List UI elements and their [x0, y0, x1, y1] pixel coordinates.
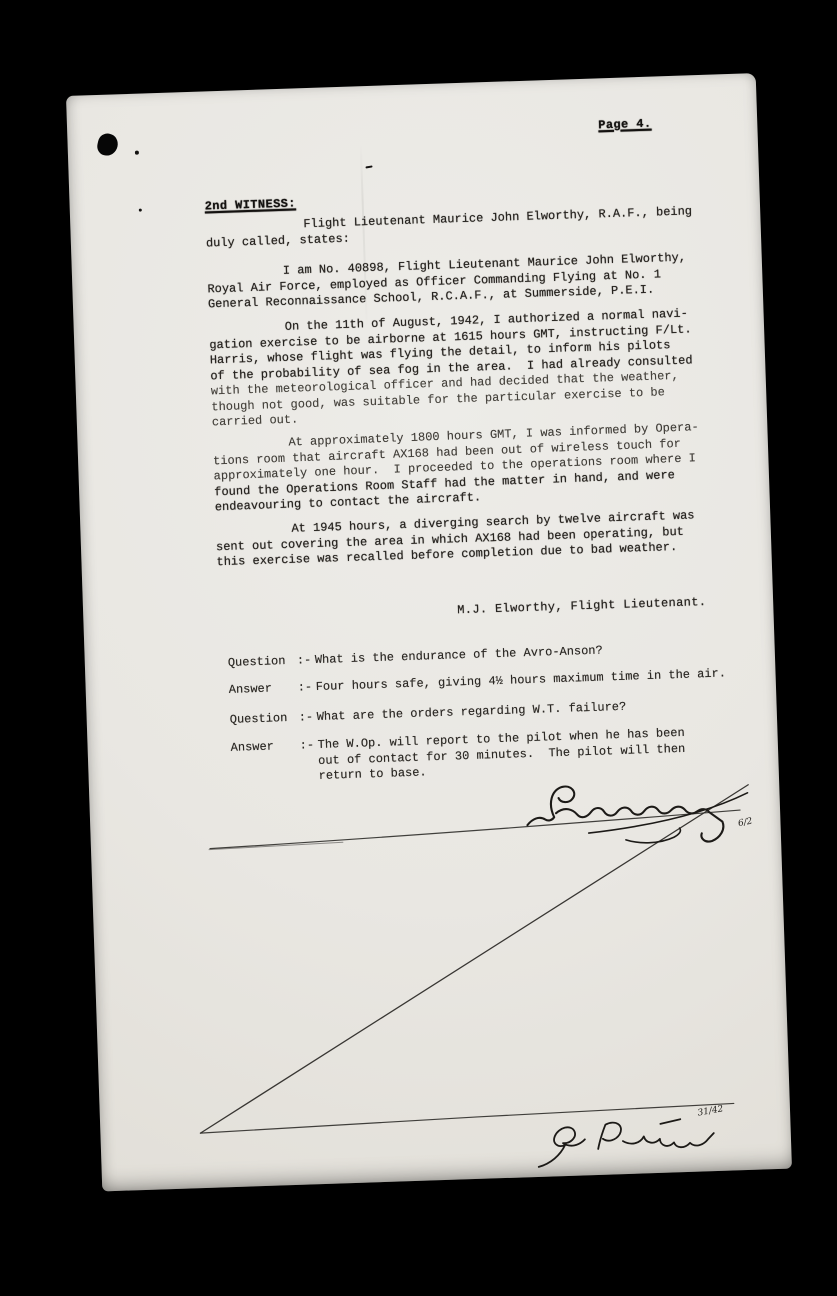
porter-signature	[537, 1118, 714, 1167]
statement-paragraph: At 1945 hours, a diverging search by twe…	[215, 508, 696, 570]
qa-separator: :-	[297, 653, 315, 668]
elworthy-signature-note: 6/2	[737, 816, 753, 829]
elworthy-signature-underswash	[626, 828, 681, 843]
qa-line: What are the orders regarding W.T. failu…	[316, 700, 626, 724]
qa-row-question-2: Question :- What are the orders regardin…	[230, 696, 730, 728]
qa-separator: :-	[298, 680, 316, 695]
elworthy-signature-flourish	[588, 793, 749, 833]
strikeout-line-bottom	[200, 1103, 734, 1133]
qa-label: Answer	[230, 739, 299, 755]
strikeout-line-top	[209, 810, 740, 849]
qa-row-answer-2: Answer :- The W.Op. will report to the p…	[230, 724, 731, 787]
strikeout-line-diagonal	[190, 785, 760, 1133]
strikeout-line-top-double	[209, 842, 343, 849]
elworthy-signature	[526, 781, 724, 847]
qa-row-answer-1: Answer :- Four hours safe, giving 4½ hou…	[229, 666, 729, 698]
document-page: Page 4. 2nd WITNESS: Flight Lieutenant M…	[66, 73, 792, 1191]
statement-paragraph: I am No. 40898, Flight Lieutenant Mauric…	[207, 251, 688, 313]
porter-signature-note: 31/42	[697, 1104, 725, 1118]
ink-speck	[139, 209, 142, 212]
qa-separator: :-	[299, 738, 317, 753]
scanned-document-photo: { "document": { "page_label": "Page 4.",…	[0, 0, 837, 1296]
ink-speck	[365, 165, 372, 168]
ink-speck	[135, 151, 139, 155]
qa-line: What is the endurance of the Avro-Anson?	[315, 644, 603, 668]
qa-separator: :-	[299, 710, 317, 725]
attestation-line: M.J. Elworthy, Flight Lieutenant.	[457, 595, 707, 619]
witness-heading: 2nd WITNESS:	[205, 196, 297, 213]
statement-intro: Flight Lieutenant Maurice John Elworthy,…	[205, 204, 693, 251]
page-number: Page 4.	[598, 117, 652, 133]
qa-label: Answer	[229, 681, 298, 697]
qa-row-question-1: Question :- What is the endurance of the…	[228, 639, 728, 671]
statement-paragraph: On the 11th of August, 1942, I authorize…	[209, 306, 695, 430]
qa-line: Four hours safe, giving 4½ hours maximum…	[316, 666, 727, 694]
qa-label: Question	[228, 654, 297, 670]
statement-paragraph: At approximately 1800 hours GMT, I was i…	[212, 420, 701, 516]
qa-label: Question	[230, 711, 299, 727]
hole-punch-mark	[96, 132, 120, 158]
